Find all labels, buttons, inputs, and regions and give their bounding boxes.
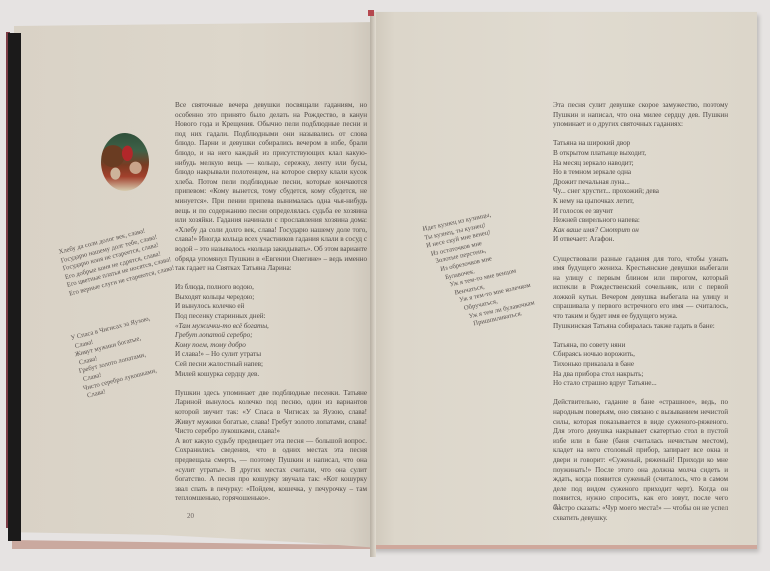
paragraph: Все святочные вечера девушки посвящали г… — [175, 101, 367, 274]
verse-line: На месяц зеркало наводит; — [553, 159, 728, 169]
verse-line: Выходят кольцы чередою; — [175, 293, 367, 303]
verse-line: Но стало страшно вдруг Татьяне... — [553, 379, 728, 389]
verse-line: Но в темном зеркале одна — [553, 168, 728, 178]
verse-line: Сей песни жалостный напев; — [175, 360, 367, 370]
right-page-body: Эта песня сулит девушке скорое замужеств… — [553, 101, 728, 523]
verse-line: Дрожит печальная луна... — [553, 178, 728, 188]
verse-line: И слава!» – Но сулит утраты — [175, 350, 367, 360]
verse-line: И вынулось колечко ей — [175, 302, 367, 312]
verse-line: Нежней свирельного напева: — [553, 216, 728, 226]
paragraph: А вот какую судьбу предвещает эта песня … — [175, 437, 367, 504]
verse-line: В открытом платьице выходит, — [553, 149, 728, 159]
book-photo: Хлебу да соли долог век, слава! Государю… — [0, 0, 770, 571]
page-number-left: 20 — [187, 512, 194, 520]
verse-line: Чу... снег хрустит... прохожий; дева — [553, 187, 728, 197]
verse-line: Милей кошурка сердцу дев. — [175, 370, 367, 380]
medallion-painting-icon — [101, 133, 149, 191]
right-page-stack-edge — [372, 545, 757, 549]
paragraph: Эта песня сулит девушке скорое замужеств… — [553, 101, 728, 130]
black-decorative-band — [8, 33, 21, 541]
verse-line: Татьяна, по совету няни — [553, 341, 728, 351]
verse-line: И голосок ее звучит — [553, 207, 728, 217]
verse-line: И отвечает: Агафон. — [553, 235, 728, 245]
verse-line: Татьяна на широкий двор — [553, 139, 728, 149]
page-number-right: 21 — [554, 503, 561, 511]
verse-line: На два прибора стол накрыть; — [553, 370, 728, 380]
verse-line: К нему на цыпочках летит, — [553, 197, 728, 207]
verse-line: Гребут лопатой серебро; — [175, 331, 367, 341]
paragraph: Действительно, гадание в бане «страшное»… — [553, 398, 728, 523]
bookmark-ribbon — [368, 10, 374, 16]
paragraph: Пушкинская Татьяна собиралась также гада… — [553, 322, 728, 332]
book-gutter — [370, 12, 376, 557]
verse-line: Тихонько приказала в бане — [553, 360, 728, 370]
left-page-body: Все святочные вечера девушки посвящали г… — [175, 101, 367, 504]
verse-line: Под песенку старинных дней: — [175, 312, 367, 322]
paragraph: Пушкин здесь упоминает две подблюдные пе… — [175, 389, 367, 437]
verse-line: «Там мужички-то всё богаты, — [175, 322, 367, 332]
paragraph: Существовали разные гадания для того, чт… — [553, 255, 728, 322]
verse-line: Из блюда, полного водою, — [175, 283, 367, 293]
verse-line: Кому поем, тому добро — [175, 341, 367, 351]
verse-line: Как ваше имя? Смотрит он — [553, 226, 728, 236]
verse-line: Сбираясь ночью ворожить, — [553, 350, 728, 360]
